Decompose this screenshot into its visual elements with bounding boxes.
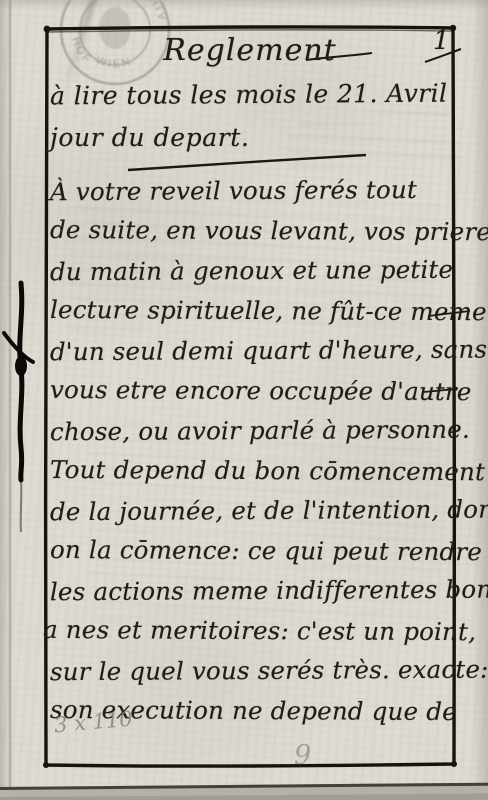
handwritten-line: Tout depend du bon cōmencement	[50, 455, 454, 497]
handwritten-line: on la cōmence: ce qui peut rendre	[50, 535, 454, 577]
frame-corner-blob	[451, 761, 457, 767]
handwritten-line: d'un seul demi quart d'heure, sans	[50, 335, 454, 377]
pencil-note-number: 9	[294, 740, 311, 771]
handwritten-line: chose, ou avoir parlé à personne.	[50, 415, 454, 457]
handwritten-line: du matin à genoux et une petite	[50, 255, 454, 297]
manuscript-photo: ARCHIV HOF WIEN 1 Reglement à lire tous …	[0, 0, 488, 800]
manuscript-body: À votre reveil vous ferés tout de suite,…	[50, 176, 454, 736]
frame-corner-blob	[43, 762, 49, 768]
handwritten-line: À votre reveil vous ferés tout	[50, 175, 454, 217]
handwritten-line: de suite, en vous levant, vos prieres	[50, 215, 454, 257]
handwritten-line: les actions meme indifferentes bon,	[50, 575, 454, 617]
handwritten-line: sur le quel vous serés très. exacte:	[50, 655, 454, 697]
header-line-1: à lire tous les mois le 21. Avril	[50, 79, 448, 111]
handwritten-line: a nes et meritoires: c'est un point,	[43, 615, 454, 657]
binding-thread	[20, 283, 22, 480]
frame-corner-blob	[44, 26, 51, 33]
header-line-2: jour du depart.	[50, 123, 250, 152]
document-title: Reglement	[47, 33, 453, 68]
binding-thread-knot	[15, 356, 27, 376]
depart-underline	[128, 155, 366, 170]
handwritten-line: lecture spirituelle, ne fût-ce meme que	[50, 295, 454, 337]
binding-thread-faint	[21, 480, 22, 532]
handwritten-line: de la journée, et de l'intention, dont	[50, 495, 454, 537]
frame-top-doubling	[47, 30, 452, 32]
frame-corner-blob	[450, 25, 456, 31]
handwritten-line: vous etre encore occupée d'autre	[50, 375, 454, 417]
